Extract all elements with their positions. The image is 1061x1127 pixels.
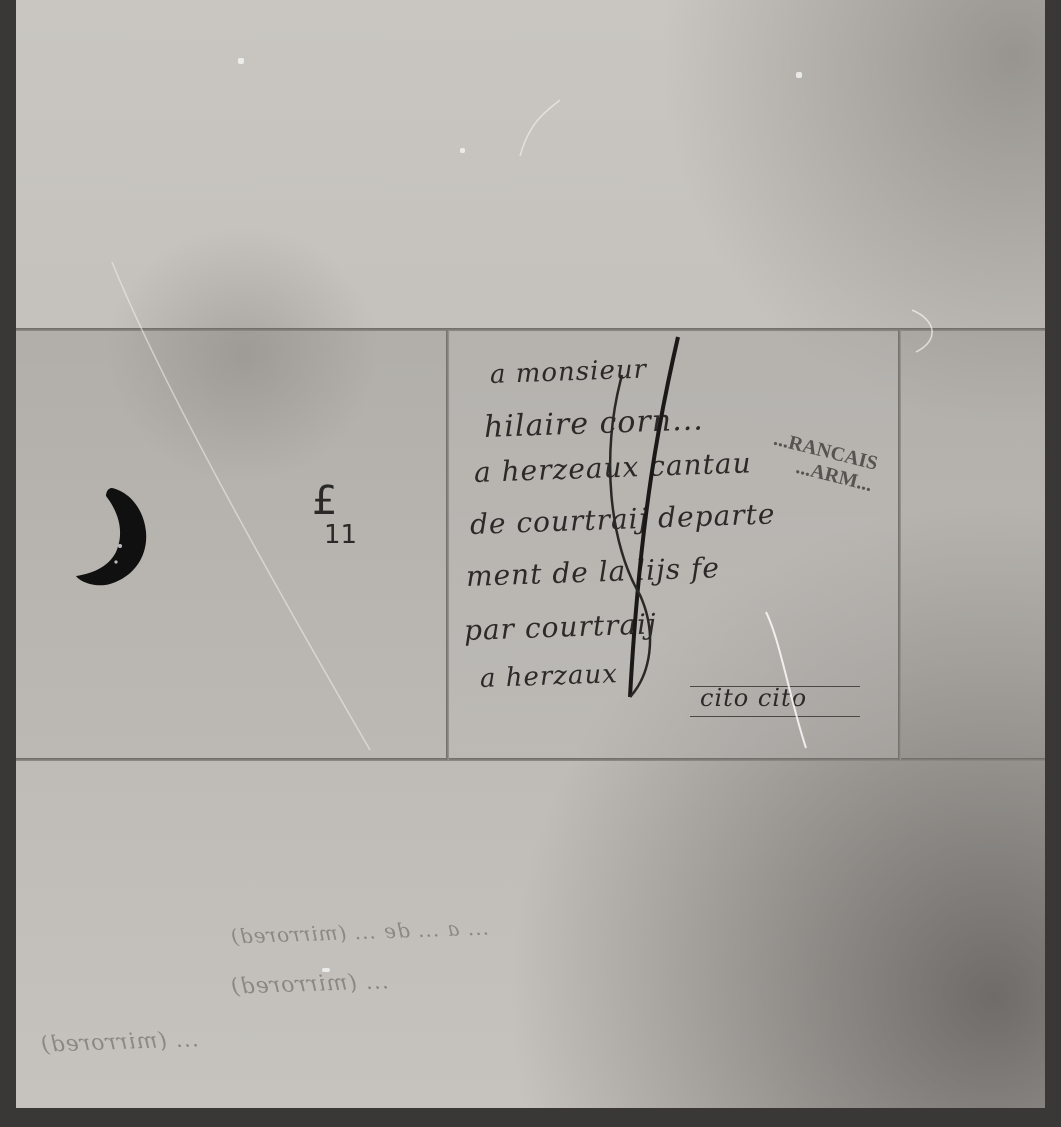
fold-line-left — [446, 330, 449, 760]
side-mark-number: 11 — [324, 520, 357, 550]
address-line-7: a herzaux — [479, 659, 618, 694]
wax-seal-icon — [72, 484, 150, 588]
fold-line-bottom — [16, 758, 1045, 761]
dust-speck — [322, 968, 330, 972]
underline-rule-bottom — [690, 716, 860, 717]
fold-line-top — [16, 328, 1045, 331]
photograph: £ 11 ...RANCAIS ...ARM... a monsieur hil… — [0, 0, 1061, 1127]
ink-flourish — [600, 335, 690, 705]
address-line-8: cito cito — [700, 684, 807, 712]
dust-speck — [238, 58, 244, 64]
dust-speck — [796, 72, 802, 78]
side-mark-symbol: £ — [312, 478, 337, 524]
underline-rule-top — [690, 686, 860, 687]
fold-line-right — [898, 330, 901, 760]
side-mark: £ 11 — [312, 478, 357, 550]
dust-speck — [460, 148, 465, 153]
